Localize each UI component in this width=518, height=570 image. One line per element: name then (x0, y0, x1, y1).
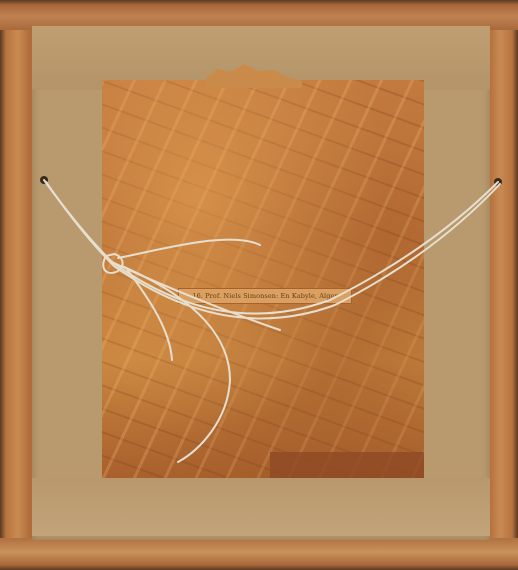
aged-support-sheet (102, 80, 424, 480)
frame-bottom-rail (0, 538, 518, 570)
dark-stain-strip (270, 452, 424, 480)
tape-strip-bottom (32, 478, 490, 536)
left-screw-eye-icon (40, 176, 48, 184)
right-screw-eye-icon (494, 178, 502, 186)
exhibition-label: 16. Prof. Niels Simonsen: En Kabyle, Alg… (178, 288, 352, 304)
